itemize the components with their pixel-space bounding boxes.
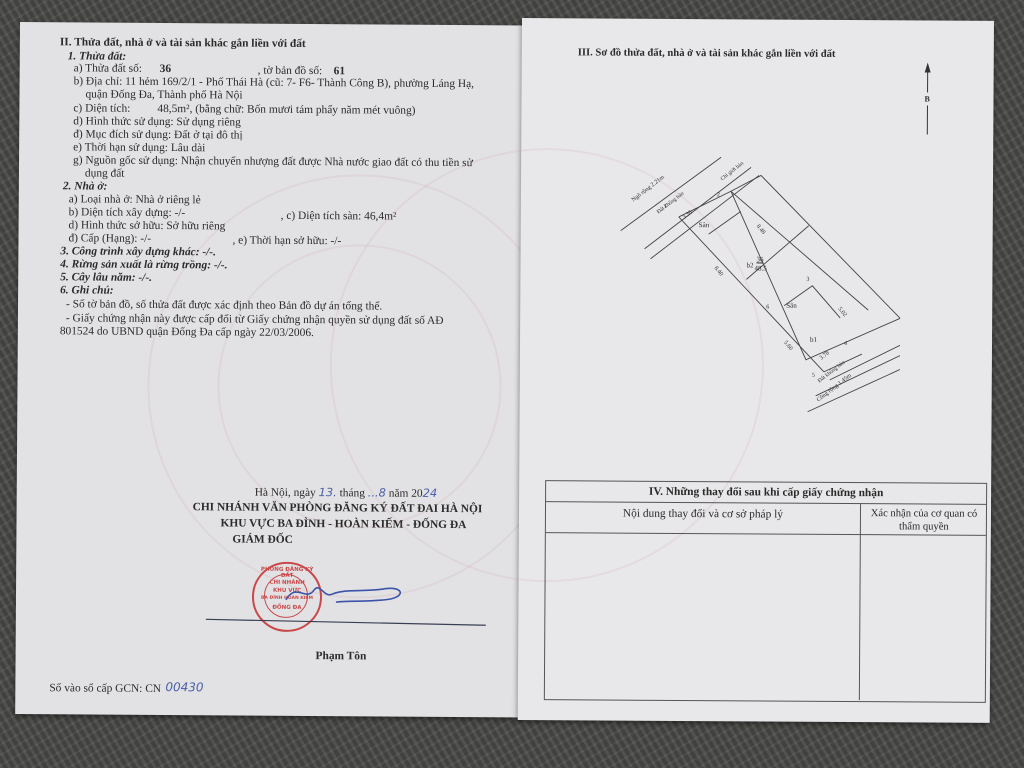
month-label: tháng xyxy=(340,487,365,499)
point-4: 4 xyxy=(844,338,847,351)
certificate-right-page: III. Sơ đồ thửa đất, nhà ở và tài sản kh… xyxy=(518,18,994,723)
date-year-suffix: 24 xyxy=(423,486,438,500)
construction-area: b) Diện tích xây dựng: -/- xyxy=(69,206,186,220)
yard-top-label: Sân xyxy=(699,219,710,232)
signature-scribble xyxy=(196,571,496,633)
ownership-term: , e) Thời hạn sở hữu: -/- xyxy=(232,234,341,248)
registry-label: Số vào sổ cấp GCN: CN xyxy=(49,682,161,696)
parcel-number-value: 36 xyxy=(160,63,171,76)
parcel-number-label: a) Thửa đất số: xyxy=(74,62,142,76)
issuing-org-line-1: CHI NHÁNH VĂN PHÒNG ĐĂNG KÝ ĐẤT ĐAI HÀ N… xyxy=(193,501,483,516)
certificate-left-page: II. Thửa đất, nhà ở và tài sản khác gắn … xyxy=(15,22,528,718)
house-heading: 2. Nhà ở: xyxy=(63,180,107,194)
column-divider xyxy=(859,504,861,700)
area-label: c) Diện tích: xyxy=(73,102,130,116)
changes-table-title: IV. Những thay đổi sau khi cấp giấy chứn… xyxy=(546,481,986,505)
parcel-area-diagram: 48.5 xyxy=(754,262,766,275)
date-day: 13. xyxy=(319,485,337,499)
usage-origin-line-1: g) Nguồn gốc sử dụng: Nhận chuyển nhượng… xyxy=(73,154,473,170)
issue-date: Hà Nội, ngày 13. tháng ...8 năm 2024 xyxy=(255,486,438,502)
address-line-2: quận Đống Đa, Thành phố Hà Nội xyxy=(85,88,242,103)
signer-name: Phạm Tôn xyxy=(316,650,367,664)
floor-area: , c) Diện tích sàn: 46,4m² xyxy=(281,210,397,224)
date-prefix: Hà Nội, ngày xyxy=(255,487,316,499)
perennial-trees: 5. Cây lâu năm: -/-. xyxy=(60,271,152,285)
column-authority-confirmation: Xác nhận của cơ quan có thẩm quyền xyxy=(862,507,986,534)
signer-title: GIÁM ĐỐC xyxy=(232,533,293,547)
usage-origin-line-2: dụng đất xyxy=(85,167,125,181)
section-ii-title: II. Thửa đất, nhà ở và tài sản khác gắn … xyxy=(60,36,306,51)
point-3: 3 xyxy=(806,274,809,287)
zone-b1-label: b1 xyxy=(810,334,817,347)
yard-bottom-label: Sân xyxy=(786,300,797,313)
changes-table-header: Nội dung thay đổi và cơ sở pháp lý Xác n… xyxy=(546,502,986,536)
note-line-3: 801524 do UBND quận Đống Đa cấp ngày 22/… xyxy=(60,325,314,340)
zone-b2-label: b2 xyxy=(746,259,753,272)
point-2: 2 xyxy=(717,189,720,202)
changes-table: IV. Những thay đổi sau khi cấp giấy chứn… xyxy=(544,480,987,703)
issuing-org-line-2: KHU VỰC BA ĐÌNH - HOÀN KIẾM - ĐỐNG ĐA xyxy=(220,517,466,532)
point-1: 1 xyxy=(664,201,667,214)
point-6: 6 xyxy=(766,301,769,314)
column-change-content: Nội dung thay đổi và cơ sở pháp lý xyxy=(546,507,860,521)
point-5: 5 xyxy=(812,370,815,383)
year-label: năm 20 xyxy=(389,488,423,500)
section-iii-title: III. Sơ đồ thửa đất, nhà ở và tài sản kh… xyxy=(578,46,836,61)
date-month: ...8 xyxy=(368,485,386,499)
north-label: B xyxy=(924,92,929,105)
house-grade: đ) Cấp (Hạng): -/- xyxy=(68,232,151,246)
notes-heading: 6. Ghi chú: xyxy=(60,284,114,298)
note-line-1: - Số tờ bản đồ, số thửa đất được xác địn… xyxy=(66,298,382,314)
watermark-emblem xyxy=(146,173,573,600)
registry-number: 00430 xyxy=(165,681,203,695)
